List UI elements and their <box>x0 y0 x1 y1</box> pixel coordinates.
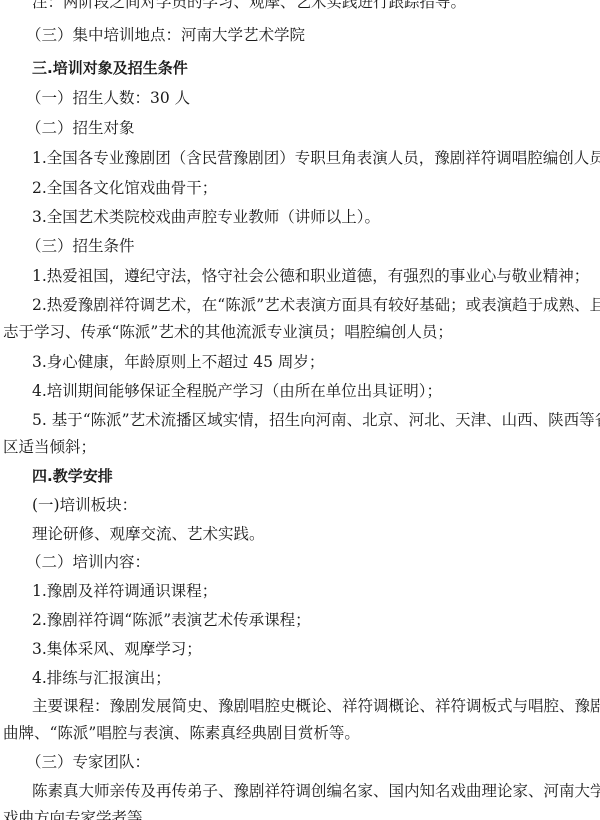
list-item: 3.身心健康，年龄原则上不超过 45 周岁； <box>0 352 600 372</box>
list-item: 1.全国各专业豫剧团（含民营豫剧团）专职旦角表演人员，豫剧祥符调唱腔编创人员； <box>0 148 600 168</box>
document-page: 注：两阶段之间对学员的学习、观摩、艺术实践进行跟踪指导。 （三）集中培训地点：河… <box>0 0 600 820</box>
list-item: 1.豫剧及祥符调通识课程； <box>0 581 600 601</box>
section-heading-3: 三.培训对象及招生条件 <box>0 58 600 78</box>
list-item: 2.豫剧祥符调“陈派”表演艺术传承课程； <box>0 610 600 630</box>
main-courses-continuation: 曲牌、“陈派”唱腔与表演、陈素真经典剧目赏析等。 <box>0 723 600 743</box>
list-item: 2.全国各文化馆戏曲骨干； <box>0 178 600 198</box>
enrollment-count: （一）招生人数：30 人 <box>0 88 600 108</box>
enrollment-conditions-heading: （三）招生条件 <box>0 236 600 256</box>
expert-team-continuation: 戏曲方向专家学者等。 <box>0 808 600 820</box>
note-line: 注：两阶段之间对学员的学习、观摩、艺术实践进行跟踪指导。 <box>0 0 600 12</box>
list-item: 5. 基于“陈派”艺术流播区域实情，招生向河南、北京、河北、天津、山西、陕西等省 <box>0 410 600 430</box>
training-modules-text: 理论研修、观摩交流、艺术实践。 <box>0 524 600 544</box>
section-heading-4: 四.教学安排 <box>0 466 600 486</box>
list-item: 4.排练与汇报演出； <box>0 668 600 688</box>
training-location: （三）集中培训地点：河南大学艺术学院 <box>0 25 600 45</box>
list-item-continuation: 区适当倾斜； <box>0 437 600 457</box>
list-item-continuation: 志于学习、传承“陈派”艺术的其他流派专业演员；唱腔编创人员； <box>0 322 600 342</box>
training-content-heading: （二）培训内容： <box>0 552 600 572</box>
enrollment-target-heading: （二）招生对象 <box>0 118 600 138</box>
list-item: 3.全国艺术类院校戏曲声腔专业教师（讲师以上）。 <box>0 207 600 227</box>
expert-team-text: 陈素真大师亲传及再传弟子、豫剧祥符调创编名家、国内知名戏曲理论家、河南大学戏剧 <box>0 781 600 801</box>
list-item: 3.集体采风、观摩学习； <box>0 639 600 659</box>
list-item: 4.培训期间能够保证全程脱产学习（由所在单位出具证明）； <box>0 381 600 401</box>
expert-team-heading: （三）专家团队： <box>0 752 600 772</box>
list-item: 2.热爱豫剧祥符调艺术，在“陈派”艺术表演方面具有较好基础；或表演趋于成熟、且有 <box>0 295 600 315</box>
main-courses: 主要课程：豫剧发展简史、豫剧唱腔史概论、祥符调概论、祥符调板式与唱腔、豫剧传统 <box>0 696 600 716</box>
training-modules-heading: (一)培训板块： <box>0 495 600 515</box>
list-item: 1.热爱祖国，遵纪守法，恪守社会公德和职业道德，有强烈的事业心与敬业精神； <box>0 266 600 286</box>
